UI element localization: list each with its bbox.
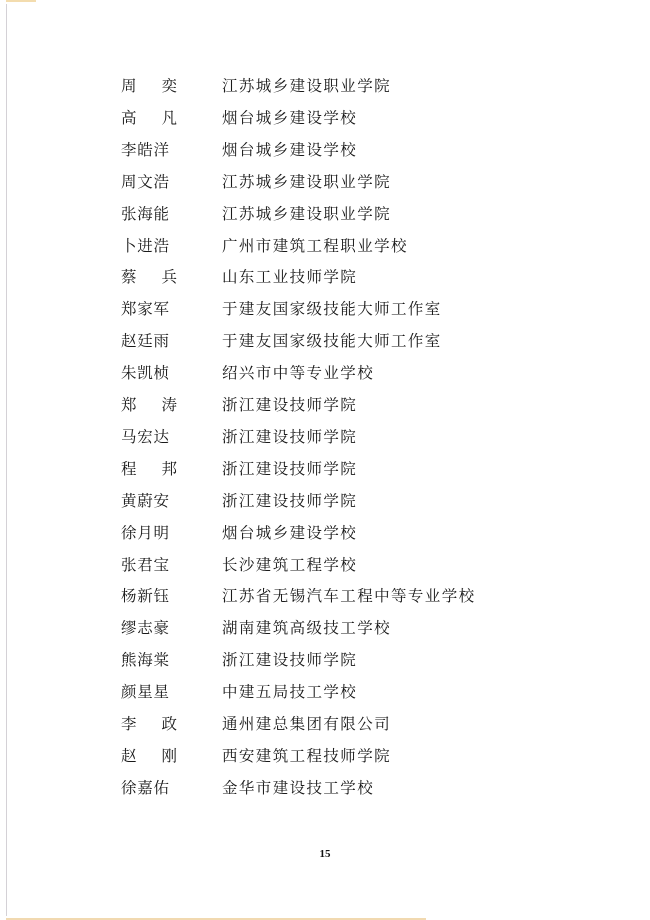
name-char: 志 <box>137 612 153 644</box>
list-item: 徐嘉佑金华市建设技工学校 <box>0 772 650 804</box>
name-char: 桢 <box>153 357 169 389</box>
name-char: 缪 <box>121 612 137 644</box>
list-item: 徐月明烟台城乡建设学校 <box>0 517 650 549</box>
organization-name: 广州市建筑工程职业学校 <box>222 230 408 262</box>
name-char: 达 <box>153 421 169 453</box>
name-char: 凯 <box>137 357 153 389</box>
name-char: 星 <box>137 676 153 708</box>
list-item: 缪志豪湖南建筑高级技工学校 <box>0 612 650 644</box>
person-name: 徐月明 <box>121 517 169 549</box>
list-item: 周文浩江苏城乡建设职业学院 <box>0 166 650 198</box>
person-name: 熊海棠 <box>121 644 169 676</box>
name-char: 卜 <box>121 230 137 262</box>
person-name: 徐嘉佑 <box>121 772 169 804</box>
name-char: 月 <box>137 517 153 549</box>
list-item: 高凡烟台城乡建设学校 <box>0 102 650 134</box>
name-char: 佑 <box>153 772 169 804</box>
name-char: 周 <box>121 70 137 102</box>
name-char: 周 <box>121 166 137 198</box>
name-char: 杨 <box>121 580 137 612</box>
name-char: 赵 <box>121 740 137 772</box>
name-char: 刚 <box>161 740 177 772</box>
name-char: 宝 <box>153 549 169 581</box>
name-char: 邦 <box>161 453 177 485</box>
organization-name: 通州建总集团有限公司 <box>222 708 391 740</box>
list-item: 卜进浩广州市建筑工程职业学校 <box>0 230 650 262</box>
organization-name: 江苏省无锡汽车工程中等专业学校 <box>222 580 476 612</box>
person-name: 张海能 <box>121 198 169 230</box>
list-item: 马宏达浙江建设技师学院 <box>0 421 650 453</box>
name-char: 程 <box>121 453 137 485</box>
page-number: 15 <box>0 848 650 860</box>
person-name: 高凡 <box>121 102 177 134</box>
person-name: 蔡兵 <box>121 261 177 293</box>
person-name: 马宏达 <box>121 421 169 453</box>
list-item: 张君宝长沙建筑工程学校 <box>0 549 650 581</box>
person-name: 黄蔚安 <box>121 485 169 517</box>
list-item: 黄蔚安浙江建设技师学院 <box>0 485 650 517</box>
name-char: 蔡 <box>121 261 137 293</box>
organization-name: 山东工业技师学院 <box>222 261 357 293</box>
name-char: 嘉 <box>137 772 153 804</box>
organization-name: 烟台城乡建设学校 <box>222 102 357 134</box>
list-item: 熊海棠浙江建设技师学院 <box>0 644 650 676</box>
name-char: 洋 <box>153 134 169 166</box>
name-char: 明 <box>153 517 169 549</box>
name-char: 徐 <box>121 772 137 804</box>
organization-name: 江苏城乡建设职业学院 <box>222 70 391 102</box>
name-char: 浩 <box>153 166 169 198</box>
list-item: 李皓洋烟台城乡建设学校 <box>0 134 650 166</box>
name-char: 君 <box>137 549 153 581</box>
name-char: 郑 <box>121 293 137 325</box>
name-char: 李 <box>121 134 137 166</box>
name-char: 奕 <box>161 70 177 102</box>
list-item: 蔡兵山东工业技师学院 <box>0 261 650 293</box>
name-char: 棠 <box>153 644 169 676</box>
organization-name: 浙江建设技师学院 <box>222 485 357 517</box>
name-char: 熊 <box>121 644 137 676</box>
name-char: 浩 <box>153 230 169 262</box>
name-char: 黄 <box>121 485 137 517</box>
organization-name: 金华市建设技工学校 <box>222 772 374 804</box>
person-name: 李政 <box>121 708 177 740</box>
list-item: 赵廷雨于建友国家级技能大师工作室 <box>0 325 650 357</box>
name-char: 马 <box>121 421 137 453</box>
name-char: 皓 <box>137 134 153 166</box>
list-item: 周奕江苏城乡建设职业学院 <box>0 70 650 102</box>
name-char: 涛 <box>161 389 177 421</box>
list-item: 张海能江苏城乡建设职业学院 <box>0 198 650 230</box>
organization-name: 浙江建设技师学院 <box>222 389 357 421</box>
name-char: 新 <box>137 580 153 612</box>
organization-name: 西安建筑工程技师学院 <box>222 740 391 772</box>
name-char: 钰 <box>153 580 169 612</box>
name-char: 凡 <box>161 102 177 134</box>
organization-name: 长沙建筑工程学校 <box>222 549 357 581</box>
page-top-edge <box>6 0 36 2</box>
organization-name: 浙江建设技师学院 <box>222 644 357 676</box>
person-name: 卜进浩 <box>121 230 169 262</box>
name-char: 雨 <box>153 325 169 357</box>
organization-name: 于建友国家级技能大师工作室 <box>222 293 442 325</box>
name-char: 军 <box>153 293 169 325</box>
name-char: 兵 <box>161 261 177 293</box>
person-name: 李皓洋 <box>121 134 169 166</box>
organization-name: 江苏城乡建设职业学院 <box>222 166 391 198</box>
person-name: 缪志豪 <box>121 612 169 644</box>
name-char: 星 <box>153 676 169 708</box>
organization-name: 烟台城乡建设学校 <box>222 134 357 166</box>
list-item: 朱凯桢绍兴市中等专业学校 <box>0 357 650 389</box>
person-name: 郑家军 <box>121 293 169 325</box>
organization-name: 绍兴市中等专业学校 <box>222 357 374 389</box>
name-char: 张 <box>121 198 137 230</box>
person-name: 赵刚 <box>121 740 177 772</box>
name-char: 豪 <box>153 612 169 644</box>
name-char: 进 <box>137 230 153 262</box>
name-char: 文 <box>137 166 153 198</box>
document-page: 周奕江苏城乡建设职业学院高凡烟台城乡建设学校李皓洋烟台城乡建设学校周文浩江苏城乡… <box>0 0 650 920</box>
name-char: 政 <box>161 708 177 740</box>
name-char: 海 <box>137 198 153 230</box>
name-char: 蔚 <box>137 485 153 517</box>
person-name: 周奕 <box>121 70 177 102</box>
person-name: 周文浩 <box>121 166 169 198</box>
list-item: 郑涛浙江建设技师学院 <box>0 389 650 421</box>
organization-name: 浙江建设技师学院 <box>222 453 357 485</box>
name-char: 海 <box>137 644 153 676</box>
name-char: 高 <box>121 102 137 134</box>
name-char: 能 <box>153 198 169 230</box>
person-name: 杨新钰 <box>121 580 169 612</box>
person-name: 颜星星 <box>121 676 169 708</box>
organization-name: 浙江建设技师学院 <box>222 421 357 453</box>
name-char: 徐 <box>121 517 137 549</box>
list-item: 李政通州建总集团有限公司 <box>0 708 650 740</box>
name-char: 李 <box>121 708 137 740</box>
list-item: 杨新钰江苏省无锡汽车工程中等专业学校 <box>0 580 650 612</box>
list-item: 颜星星中建五局技工学校 <box>0 676 650 708</box>
person-name: 朱凯桢 <box>121 357 169 389</box>
organization-name: 中建五局技工学校 <box>222 676 357 708</box>
person-name: 程邦 <box>121 453 177 485</box>
name-char: 家 <box>137 293 153 325</box>
list-item: 郑家军于建友国家级技能大师工作室 <box>0 293 650 325</box>
organization-name: 湖南建筑高级技工学校 <box>222 612 391 644</box>
person-name: 赵廷雨 <box>121 325 169 357</box>
name-char: 朱 <box>121 357 137 389</box>
name-char: 张 <box>121 549 137 581</box>
list-item: 赵刚西安建筑工程技师学院 <box>0 740 650 772</box>
name-char: 宏 <box>137 421 153 453</box>
name-char: 郑 <box>121 389 137 421</box>
name-char: 赵 <box>121 325 137 357</box>
name-char: 廷 <box>137 325 153 357</box>
person-name: 张君宝 <box>121 549 169 581</box>
name-char: 颜 <box>121 676 137 708</box>
organization-name: 烟台城乡建设学校 <box>222 517 357 549</box>
organization-name: 江苏城乡建设职业学院 <box>222 198 391 230</box>
name-char: 安 <box>153 485 169 517</box>
organization-name: 于建友国家级技能大师工作室 <box>222 325 442 357</box>
list-item: 程邦浙江建设技师学院 <box>0 453 650 485</box>
person-name: 郑涛 <box>121 389 177 421</box>
